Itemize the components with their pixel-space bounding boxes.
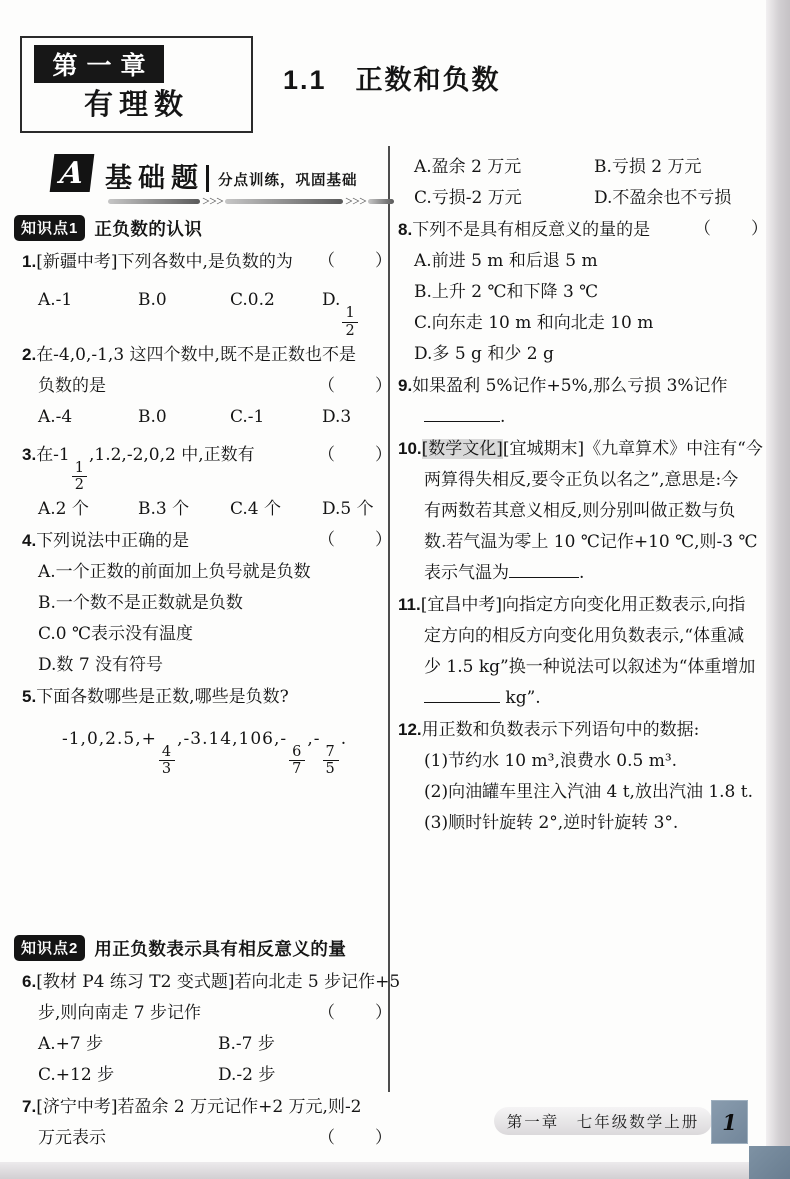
question-9: 9.如果盈利 5%记作+5%,那么亏损 3%记作 . bbox=[398, 370, 770, 433]
fraction: 67 bbox=[289, 744, 305, 777]
answer-blank bbox=[509, 563, 579, 578]
fraction-numerator: 4 bbox=[159, 744, 175, 761]
question-stem: 8.下列不是具有相反意义的量的是 bbox=[398, 214, 650, 246]
question-6: 6.[教材 P4 练习 T2 变式题]若向北走 5 步记作+5 步,则向南走 7… bbox=[22, 966, 394, 1091]
section-title: 1.1 正数和负数 bbox=[283, 58, 501, 97]
question-number: 2. bbox=[22, 345, 36, 364]
question-number: 6. bbox=[22, 972, 36, 991]
option-a: A.前进 5 m 和后退 5 m bbox=[414, 246, 770, 277]
right-column: A.盈余 2 万元 B.亏损 2 万元 C.亏损-2 万元 D.不盈余也不亏损 … bbox=[398, 152, 770, 839]
question-number: 3. bbox=[22, 445, 36, 464]
question-7-options: A.盈余 2 万元 B.亏损 2 万元 C.亏损-2 万元 D.不盈余也不亏损 bbox=[398, 152, 770, 214]
level-a-banner: A 基础题 分点训练，巩固基础 ＞＞＞ ＞＞＞ bbox=[52, 150, 394, 207]
answer-bracket: （ ） bbox=[694, 214, 770, 246]
banner-decorative-line: ＞＞＞ ＞＞＞ bbox=[108, 196, 400, 207]
option-d: D.5 个 bbox=[322, 494, 374, 525]
fraction-numerator: 6 bbox=[289, 744, 305, 761]
question-line: kg”. bbox=[424, 683, 770, 714]
fraction-denominator: 7 bbox=[289, 761, 305, 777]
question-line: 负数的是 bbox=[38, 371, 106, 402]
fraction-denominator: 3 bbox=[159, 761, 175, 777]
options-row: C.+12 步 D.-2 步 bbox=[38, 1060, 394, 1091]
question-number: 7. bbox=[22, 1097, 36, 1116]
decorative-bar bbox=[225, 199, 343, 204]
question-7: 7.[济宁中考]若盈余 2 万元记作+2 万元,则-2 万元表示 （ ） bbox=[22, 1091, 394, 1154]
question-line: 有两数若其意义相反,则分别叫做正数与负 bbox=[424, 496, 770, 527]
footer-label: 第一章 七年级数学上册 bbox=[507, 1110, 700, 1132]
option-d: D.12 bbox=[322, 278, 360, 339]
option-a: A.+7 步 bbox=[38, 1029, 218, 1060]
question-number: 10. bbox=[398, 439, 422, 458]
sub-item-1: (1)节约水 10 m³,浪费水 0.5 m³. bbox=[424, 746, 770, 777]
fraction: 75 bbox=[323, 744, 339, 777]
option-b: B.3 个 bbox=[138, 494, 230, 525]
question-4: 4.下列说法中正确的是 （ ） A.一个正数的前面加上负号就是负数 B.一个数不… bbox=[22, 525, 394, 681]
question-line: . bbox=[424, 402, 770, 433]
workbook-page: 第一章 有理数 1.1 正数和负数 A 基础题 分点训练，巩固基础 ＞＞＞ ＞＞… bbox=[0, 0, 790, 1179]
level-a-badge: A bbox=[50, 154, 95, 192]
answer-bracket: （ ） bbox=[318, 998, 394, 1029]
options-row: A.-4 B.0 C.-1 D.3 bbox=[38, 402, 394, 433]
option-b: B.上升 2 ℃和下降 3 ℃ bbox=[414, 277, 770, 308]
question-number: 11. bbox=[398, 595, 421, 614]
scan-edge-bottom bbox=[0, 1162, 790, 1179]
fraction-numerator: 7 bbox=[323, 744, 339, 761]
option-b: B.0 bbox=[138, 402, 230, 433]
question-line: 万元表示 bbox=[38, 1123, 106, 1154]
banner-title: 基础题 bbox=[105, 165, 204, 192]
option-c: C.-1 bbox=[230, 402, 322, 433]
question-number: 9. bbox=[398, 376, 412, 395]
fraction-denominator: 5 bbox=[323, 761, 339, 777]
answer-blank bbox=[424, 688, 500, 703]
chevrons-icon: ＞＞＞ bbox=[345, 196, 366, 207]
option-a: A.盈余 2 万元 bbox=[414, 152, 594, 183]
option-c: C.+12 步 bbox=[38, 1060, 218, 1091]
question-2: 2.在-4,0,-1,3 这四个数中,既不是正数也不是 负数的是 （ ） A.-… bbox=[22, 339, 394, 433]
question-10: 10.[数学文化][宜城期末]《九章算术》中注有“今 两算得失相反,要令正负以名… bbox=[398, 433, 770, 589]
answer-blank bbox=[424, 407, 500, 422]
question-11: 11.[宜昌中考]向指定方向变化用正数表示,向指 定方向的相反方向变化用负数表示… bbox=[398, 589, 770, 714]
answer-bracket: （ ） bbox=[318, 371, 394, 402]
page-number: 1 bbox=[722, 1110, 737, 1135]
question-number: 5. bbox=[22, 687, 36, 706]
question-line: 两算得失相反,要令正负以名之”,意思是:今 bbox=[424, 465, 770, 496]
chapter-header-box: 第一章 有理数 bbox=[20, 36, 253, 133]
options-row: A.2 个 B.3 个 C.4 个 D.5 个 bbox=[38, 494, 394, 525]
question-3: 3.在-112,1.2,-2,0,2 中,正数有 （ ） A.2 个 B.3 个… bbox=[22, 433, 394, 525]
option-a: A.-4 bbox=[38, 402, 138, 433]
fraction: 12 bbox=[342, 305, 357, 338]
answer-bracket: （ ） bbox=[318, 525, 394, 557]
option-d: D.多 5 g 和少 2 g bbox=[414, 339, 770, 370]
option-a: A.-1 bbox=[38, 278, 138, 339]
topic-tag: [数学文化] bbox=[422, 439, 503, 459]
question-line: 步,则向南走 7 步记作 bbox=[38, 998, 201, 1029]
option-c: C.0 ℃表示没有温度 bbox=[38, 619, 394, 650]
chapter-badge: 第一章 bbox=[34, 45, 164, 83]
option-a: A.一个正数的前面加上负号就是负数 bbox=[38, 557, 394, 588]
options-row: A.盈余 2 万元 B.亏损 2 万元 bbox=[414, 152, 770, 183]
option-b: B.亏损 2 万元 bbox=[594, 152, 702, 183]
question-number: 1. bbox=[22, 252, 36, 271]
page-number-box: 1 bbox=[711, 1100, 748, 1144]
decorative-bar bbox=[368, 199, 394, 204]
option-b: B.一个数不是正数就是负数 bbox=[38, 588, 394, 619]
answer-bracket: （ ） bbox=[318, 433, 394, 494]
option-b: B.-7 步 bbox=[218, 1029, 275, 1060]
knowledge-point-title: 正负数的认识 bbox=[94, 216, 202, 241]
options-row: A.-1 B.0 C.0.2 D.12 bbox=[38, 278, 394, 339]
option-c: C.亏损-2 万元 bbox=[414, 183, 594, 214]
chevrons-icon: ＞＞＞ bbox=[202, 196, 223, 207]
corner-decoration bbox=[749, 1146, 790, 1179]
question-line: 数.若气温为零上 10 ℃记作+10 ℃,则-3 ℃ bbox=[424, 527, 770, 558]
knowledge-point-2: 知识点2 用正负数表示具有相反意义的量 bbox=[14, 935, 394, 961]
question-12: 12.用正数和负数表示下列语句中的数据: (1)节约水 10 m³,浪费水 0.… bbox=[398, 714, 770, 839]
question-8: 8.下列不是具有相反意义的量的是 （ ） A.前进 5 m 和后退 5 m B.… bbox=[398, 214, 770, 370]
fraction-denominator: 2 bbox=[72, 477, 87, 493]
question-line: 表示气温为. bbox=[424, 558, 770, 589]
fraction-denominator: 2 bbox=[342, 323, 357, 339]
option-c: C.0.2 bbox=[230, 278, 322, 339]
question-line: 少 1.5 kg”换一种说法可以叙述为“体重增加 bbox=[424, 652, 770, 683]
option-d: D.不盈余也不亏损 bbox=[594, 183, 731, 214]
fraction-numerator: 1 bbox=[72, 460, 87, 477]
option-d: D.数 7 没有符号 bbox=[38, 650, 394, 681]
knowledge-point-badge: 知识点2 bbox=[14, 935, 85, 961]
knowledge-point-title: 用正负数表示具有相反意义的量 bbox=[94, 936, 346, 961]
question-stem: 4.下列说法中正确的是 bbox=[22, 525, 189, 557]
left-column: A 基础题 分点训练，巩固基础 ＞＞＞ ＞＞＞ 知识点1 正负数的认识 1.[新… bbox=[22, 148, 394, 1154]
decorative-bar bbox=[108, 199, 200, 204]
fraction: 12 bbox=[72, 460, 87, 493]
option-a: A.2 个 bbox=[38, 494, 138, 525]
option-d: D.-2 步 bbox=[218, 1060, 275, 1091]
option-b: B.0 bbox=[138, 278, 230, 339]
banner-subtitle: 分点训练，巩固基础 bbox=[218, 169, 358, 192]
question-stem: 3.在-112,1.2,-2,0,2 中,正数有 bbox=[22, 433, 255, 494]
answer-bracket: （ ） bbox=[318, 246, 394, 278]
question-line: 定方向的相反方向变化用负数表示,“体重减 bbox=[424, 621, 770, 652]
fraction: 43 bbox=[159, 744, 175, 777]
question-stem: 1.[新疆中考]下列各数中,是负数的为 bbox=[22, 246, 293, 278]
question-5: 5.下面各数哪些是正数,哪些是负数? -1,0,2.5,+43,-3.14,10… bbox=[22, 681, 394, 778]
option-d: D.3 bbox=[322, 402, 351, 433]
knowledge-point-badge: 知识点1 bbox=[14, 215, 85, 241]
number-list-expression: -1,0,2.5,+43,-3.14,106,-67,-75. bbox=[62, 713, 394, 778]
fraction-numerator: 1 bbox=[342, 305, 357, 322]
option-c: C.4 个 bbox=[230, 494, 322, 525]
question-number: 4. bbox=[22, 531, 36, 550]
question-number: 8. bbox=[398, 220, 412, 239]
question-number: 12. bbox=[398, 720, 422, 739]
footer-bar: 第一章 七年级数学上册 bbox=[494, 1107, 712, 1135]
banner-separator bbox=[206, 165, 209, 192]
sub-item-2: (2)向油罐车里注入汽油 4 t,放出汽油 1.8 t. bbox=[424, 777, 770, 808]
scan-edge-right bbox=[766, 0, 790, 1179]
sub-item-3: (3)顺时针旋转 2°,逆时针旋转 3°. bbox=[424, 808, 770, 839]
source-tag: [宜城期末] bbox=[503, 439, 584, 459]
options-row: C.亏损-2 万元 D.不盈余也不亏损 bbox=[414, 183, 770, 214]
answer-bracket: （ ） bbox=[318, 1123, 394, 1154]
chapter-name: 有理数 bbox=[22, 82, 251, 123]
question-1: 1.[新疆中考]下列各数中,是负数的为 （ ） A.-1 B.0 C.0.2 D… bbox=[22, 246, 394, 339]
options-row: A.+7 步 B.-7 步 bbox=[38, 1029, 394, 1060]
option-c: C.向东走 10 m 和向北走 10 m bbox=[414, 308, 770, 339]
knowledge-point-1: 知识点1 正负数的认识 bbox=[14, 215, 394, 241]
